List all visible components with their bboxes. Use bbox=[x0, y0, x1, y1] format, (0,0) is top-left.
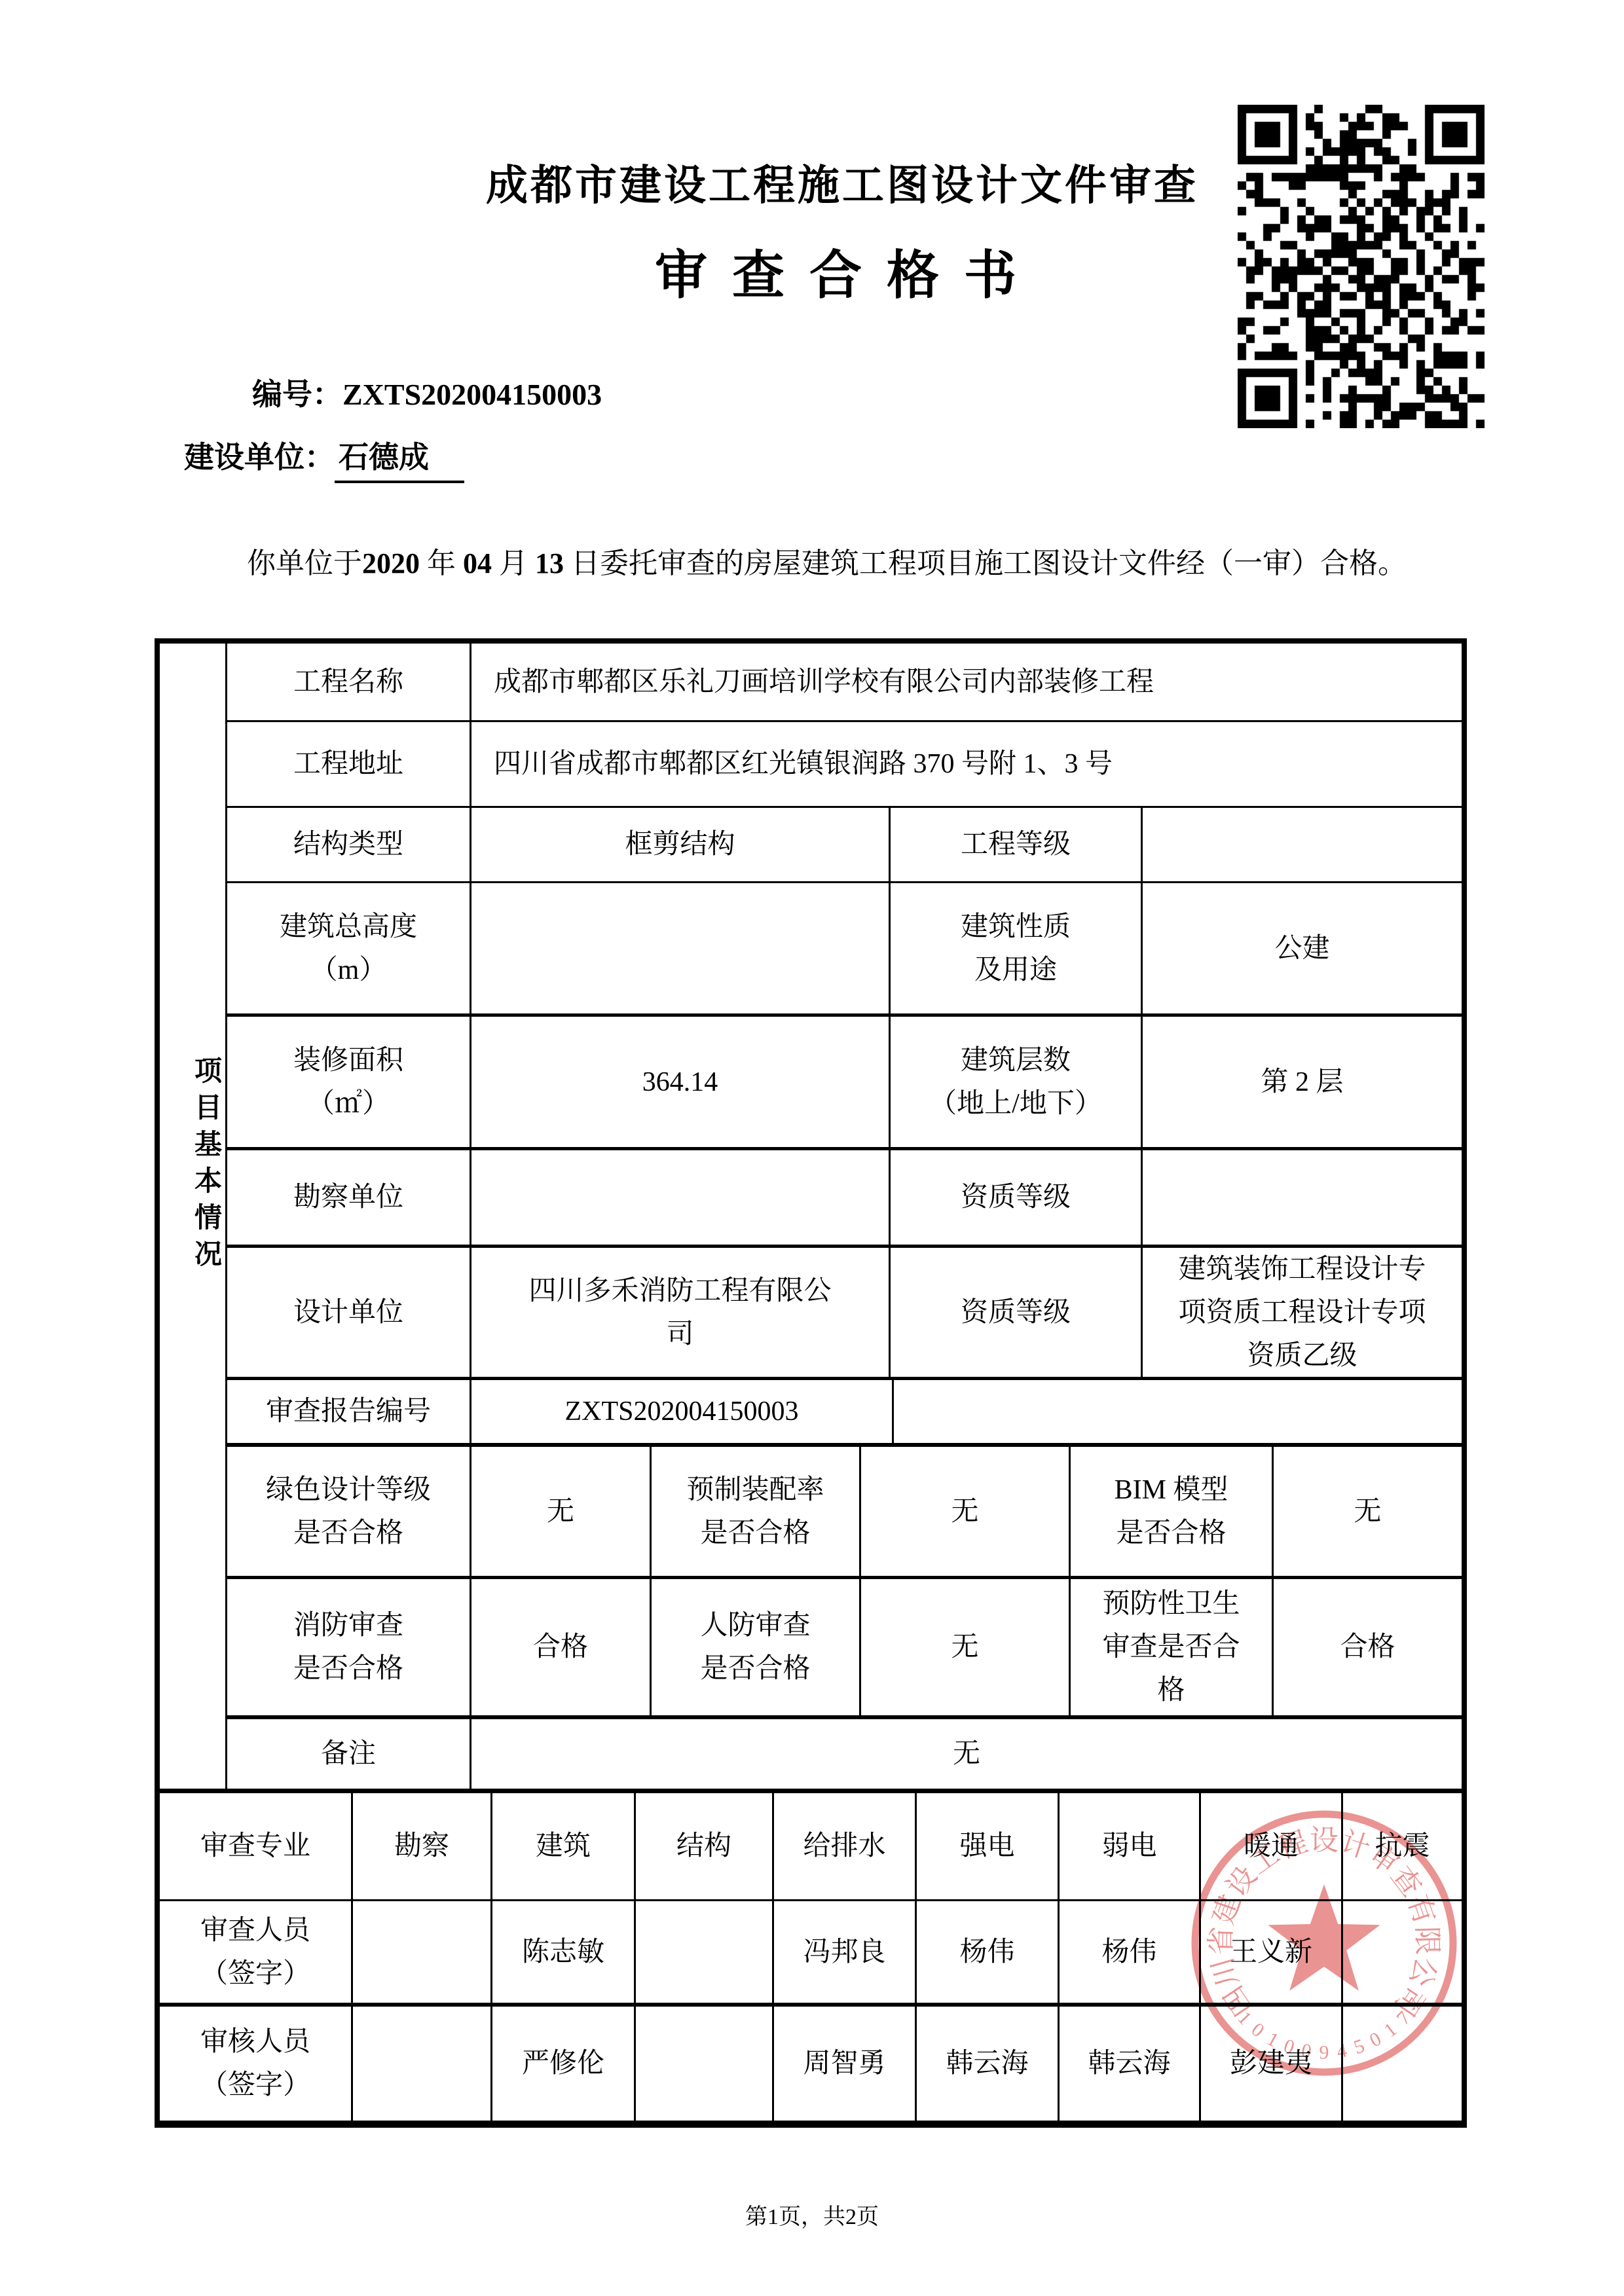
cell-structure-type-value: 框剪结构 bbox=[470, 808, 889, 881]
cell-auditor-survey bbox=[351, 2007, 490, 2121]
cell-project-grade-value bbox=[1141, 808, 1462, 881]
cell-green-design-value: 无 bbox=[470, 1447, 650, 1576]
intro-text: 2020 bbox=[362, 547, 420, 579]
intro-text: 04 bbox=[463, 547, 492, 579]
cell-discipline-structure: 结构 bbox=[634, 1793, 772, 1899]
table-side-label: 项目基本情况 bbox=[160, 1056, 225, 1276]
cell-civil-defense-value: 无 bbox=[859, 1579, 1069, 1715]
cell-prefab-rate-value: 无 bbox=[859, 1447, 1069, 1576]
document-title: 成都市建设工程施工图设计文件审查 bbox=[486, 152, 1198, 212]
table-row: 装修面积 （㎡）364.14建筑层数 （地上/地下）第 2 层 bbox=[225, 1013, 1462, 1147]
cell-project-grade-label: 工程等级 bbox=[889, 808, 1141, 881]
cell-floor-count-label: 建筑层数 （地上/地下） bbox=[889, 1017, 1141, 1147]
owner-line: 建设单位：石德成 bbox=[184, 433, 464, 483]
cell-decoration-area-value: 364.14 bbox=[470, 1017, 889, 1147]
table-row: 工程地址四川省成都市郫都区红光镇银润路 370 号附 1、3 号 bbox=[225, 720, 1462, 806]
table-row: 审查专业勘察建筑结构给排水强电弱电暖通抗震 bbox=[160, 1789, 1462, 1899]
table-row: 审核人员 （签字）严修伦周智勇韩云海韩云海彭建夷 bbox=[160, 2003, 1462, 2121]
cell-fire-review-value: 合格 bbox=[470, 1579, 650, 1715]
intro-text: 日委托审查的房屋建筑工程项目施工图设计文件经（一审）合格。 bbox=[564, 547, 1407, 579]
cell-remarks-value: 无 bbox=[470, 1719, 1462, 1789]
cell-building-nature-value: 公建 bbox=[1141, 883, 1462, 1013]
cell-reviewer-survey bbox=[351, 1901, 490, 2003]
project-table: 项目基本情况 工程名称成都市郫都区乐礼刀画培训学校有限公司内部装修工程工程地址四… bbox=[155, 638, 1467, 2128]
owner-label: 建设单位： bbox=[184, 441, 335, 474]
cell-reviewer-label: 审查人员 （签字） bbox=[160, 1901, 351, 2003]
serial-number: 编号：ZXTS202004150003 bbox=[252, 371, 602, 414]
intro-paragraph: 你单位于2020 年 04 月 13 日委托审查的房屋建筑工程项目施工图设计文件… bbox=[184, 532, 1462, 595]
qr-code bbox=[1238, 105, 1485, 428]
cell-discipline-plumbing: 给排水 bbox=[772, 1793, 915, 1899]
table-row: 消防审查 是否合格合格人防审查 是否合格无预防性卫生 审查是否合 格合格 bbox=[225, 1576, 1462, 1715]
cell-review-discipline-label: 审查专业 bbox=[160, 1793, 351, 1899]
cell-building-nature-label: 建筑性质 及用途 bbox=[889, 883, 1141, 1013]
cell-fire-review-label: 消防审查 是否合格 bbox=[227, 1579, 470, 1715]
cell-auditor-label: 审核人员 （签字） bbox=[160, 2007, 351, 2121]
cell-reviewer-strong-electric: 杨伟 bbox=[915, 1901, 1058, 2003]
page-footer: 第1页，共2页 bbox=[0, 2198, 1624, 2231]
table-row: 勘察单位资质等级 bbox=[225, 1147, 1462, 1245]
intro-text: 年 bbox=[420, 547, 463, 579]
table-row: 建筑总高度 （m）建筑性质 及用途公建 bbox=[225, 881, 1462, 1013]
cell-auditor-seismic bbox=[1341, 2007, 1462, 2121]
cell-discipline-hvac: 暖通 bbox=[1199, 1793, 1341, 1899]
cell-discipline-weak-electric: 弱电 bbox=[1058, 1793, 1199, 1899]
cell-prefab-rate-label: 预制装配率 是否合格 bbox=[650, 1447, 859, 1576]
cell-auditor-hvac: 彭建夷 bbox=[1199, 2007, 1341, 2121]
cell-project-name-value: 成都市郫都区乐礼刀画培训学校有限公司内部装修工程 bbox=[470, 644, 1462, 720]
cell-report-number-label: 审查报告编号 bbox=[227, 1380, 470, 1443]
table-row: 工程名称成都市郫都区乐礼刀画培训学校有限公司内部装修工程 bbox=[225, 644, 1462, 720]
intro-text: 你单位于 bbox=[247, 547, 362, 579]
table-row: 结构类型框剪结构工程等级 bbox=[225, 806, 1462, 881]
cell-auditor-structure bbox=[634, 2007, 772, 2121]
cell-auditor-weak-electric: 韩云海 bbox=[1058, 2007, 1199, 2121]
cell-survey-unit-value bbox=[470, 1150, 889, 1245]
cell-remarks-label: 备注 bbox=[227, 1719, 470, 1789]
cell-discipline-seismic: 抗震 bbox=[1341, 1793, 1462, 1899]
cell-discipline-survey: 勘察 bbox=[351, 1793, 490, 1899]
cell-auditor-architecture: 严修伦 bbox=[490, 2007, 634, 2121]
cell-auditor-strong-electric: 韩云海 bbox=[915, 2007, 1058, 2121]
table-row: 审查报告编号ZXTS202004150003 bbox=[225, 1377, 1462, 1443]
cell-reviewer-hvac: 王义新 bbox=[1199, 1901, 1341, 2003]
cell-reviewer-seismic bbox=[1341, 1901, 1462, 2003]
table-row: 备注无 bbox=[225, 1715, 1462, 1789]
cell-project-address-value: 四川省成都市郫都区红光镇银润路 370 号附 1、3 号 bbox=[470, 722, 1462, 806]
cell-floor-count-value: 第 2 层 bbox=[1141, 1017, 1462, 1147]
cell-reviewer-plumbing: 冯邦良 bbox=[772, 1901, 915, 2003]
table-row: 审查人员 （签字）陈志敏冯邦良杨伟杨伟王义新 bbox=[160, 1899, 1462, 2003]
document-subtitle: 审查合格书 bbox=[655, 233, 1041, 308]
cell-sanitation-review-value: 合格 bbox=[1272, 1579, 1462, 1715]
cell-reviewer-structure bbox=[634, 1901, 772, 2003]
cell-green-design-label: 绿色设计等级 是否合格 bbox=[227, 1447, 470, 1576]
cell-design-unit-value: 四川多禾消防工程有限公 司 bbox=[470, 1248, 889, 1377]
cell-decoration-area-label: 装修面积 （㎡） bbox=[227, 1017, 470, 1147]
cell-design-qualification-label: 资质等级 bbox=[889, 1248, 1141, 1377]
intro-text: 13 bbox=[535, 547, 564, 579]
cell-discipline-architecture: 建筑 bbox=[490, 1793, 634, 1899]
cell-discipline-strong-electric: 强电 bbox=[915, 1793, 1058, 1899]
cell-sanitation-review-label: 预防性卫生 审查是否合 格 bbox=[1069, 1579, 1272, 1715]
cell-reviewer-architecture: 陈志敏 bbox=[490, 1901, 634, 2003]
cell-reviewer-weak-electric: 杨伟 bbox=[1058, 1901, 1199, 2003]
cell-survey-qualification-label: 资质等级 bbox=[889, 1150, 1141, 1245]
table-row: 绿色设计等级 是否合格无预制装配率 是否合格无BIM 模型 是否合格无 bbox=[225, 1443, 1462, 1576]
cell-civil-defense-label: 人防审查 是否合格 bbox=[650, 1579, 859, 1715]
table-row: 设计单位四川多禾消防工程有限公 司资质等级建筑装饰工程设计专 项资质工程设计专项… bbox=[225, 1245, 1462, 1377]
cell-bim-model-value: 无 bbox=[1272, 1447, 1462, 1576]
cell-building-height-label: 建筑总高度 （m） bbox=[227, 883, 470, 1013]
cell-design-unit-label: 设计单位 bbox=[227, 1248, 470, 1377]
cell-project-address-label: 工程地址 bbox=[227, 722, 470, 806]
cell-project-name-label: 工程名称 bbox=[227, 644, 470, 720]
cell-survey-qualification-value bbox=[1141, 1150, 1462, 1245]
intro-text: 月 bbox=[492, 547, 535, 579]
cell-bim-model-label: BIM 模型 是否合格 bbox=[1069, 1447, 1272, 1576]
cell-building-height-value bbox=[470, 883, 889, 1013]
owner-name: 石德成 bbox=[335, 433, 464, 483]
cell-design-qualification-value: 建筑装饰工程设计专 项资质工程设计专项 资质乙级 bbox=[1141, 1248, 1462, 1377]
document-page: 成都市建设工程施工图设计文件审查 审查合格书 编号：ZXTS2020041500… bbox=[0, 0, 1624, 2296]
cell-survey-unit-label: 勘察单位 bbox=[227, 1150, 470, 1245]
cell-auditor-plumbing: 周智勇 bbox=[772, 2007, 915, 2121]
cell-report-number-value: ZXTS202004150003 bbox=[470, 1380, 892, 1443]
cell-structure-type-label: 结构类型 bbox=[227, 808, 470, 881]
cell-report-number-extra bbox=[892, 1380, 1462, 1443]
